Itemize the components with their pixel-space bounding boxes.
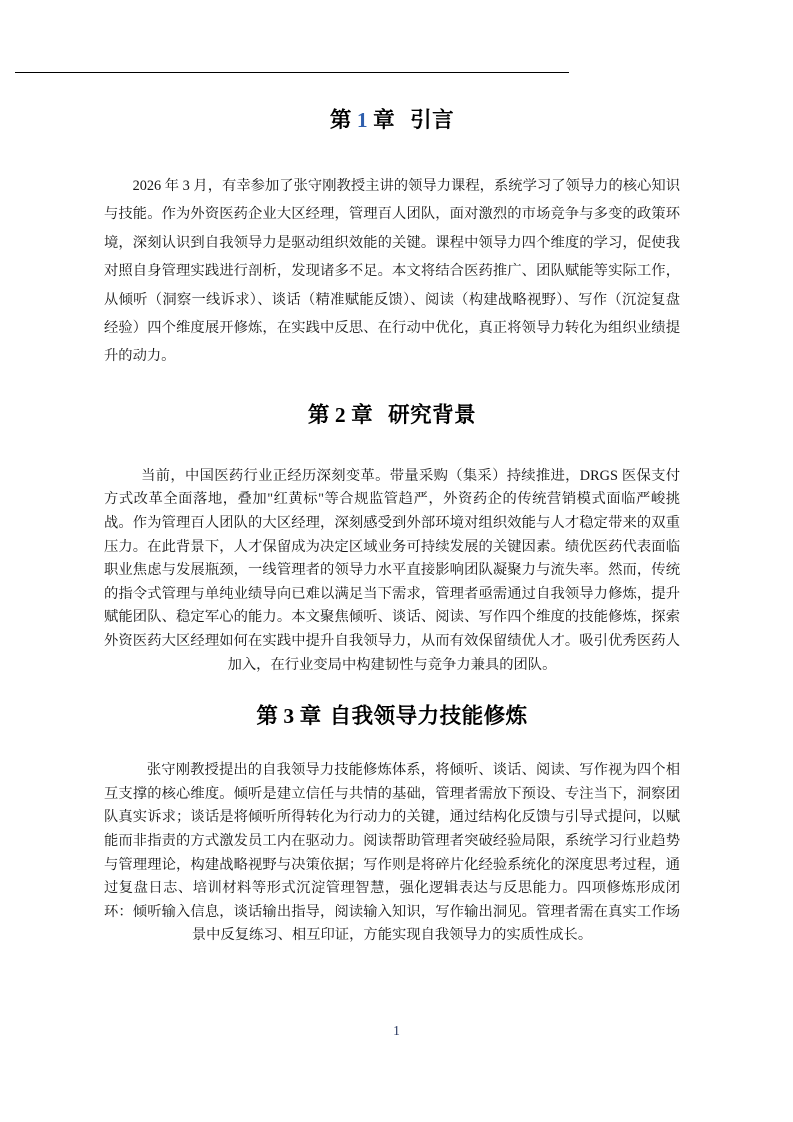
chapter-3-section: 第3章自我领导力技能修炼 张守刚教授提出的自我领导力技能修炼体系，将倾听、谈话、…: [104, 701, 680, 948]
chapter-2-heading: 第2章研究背景: [104, 400, 680, 430]
document-page: 第1章引言 2026 年 3 月，有幸参加了张守刚教授主讲的领导力课程，系统学习…: [0, 0, 793, 1122]
chapter-1-section: 第1章引言 2026 年 3 月，有幸参加了张守刚教授主讲的领导力课程，系统学习…: [104, 105, 680, 371]
chapter-1-heading: 第1章引言: [104, 105, 680, 135]
chapter-3-label-pre: 第: [256, 704, 278, 728]
chapter-3-paragraph: 张守刚教授提出的自我领导力技能修炼体系，将倾听、谈话、阅读、写作视为四个相互支撑…: [104, 759, 680, 948]
header-rule: [15, 72, 569, 73]
chapter-3-label-post: 章: [300, 704, 322, 728]
chapter-3-title: 自我领导力技能修炼: [330, 704, 528, 728]
chapter-2-title: 研究背景: [388, 403, 476, 427]
chapter-1-title: 引言: [410, 108, 454, 132]
chapter-3-heading: 第3章自我领导力技能修炼: [104, 701, 680, 731]
document-content: 第1章引言 2026 年 3 月，有幸参加了张守刚教授主讲的领导力课程，系统学习…: [104, 105, 680, 948]
chapter-1-label-pre: 第: [330, 108, 352, 132]
chapter-2-paragraph: 当前，中国医药行业正经历深刻变革。带量采购（集采）持续推进，DRGS 医保支付方…: [104, 465, 680, 677]
chapter-1-paragraph: 2026 年 3 月，有幸参加了张守刚教授主讲的领导力课程，系统学习了领导力的核…: [104, 172, 680, 371]
chapter-2-label-pre: 第: [308, 403, 330, 427]
chapter-1-number: 1: [357, 108, 368, 132]
chapter-2-label-post: 章: [351, 403, 373, 427]
chapter-2-section: 第2章研究背景 当前，中国医药行业正经历深刻变革。带量采购（集采）持续推进，DR…: [104, 400, 680, 677]
chapter-1-label-post: 章: [373, 108, 395, 132]
chapter-2-number: 2: [335, 403, 346, 427]
page-number: 1: [393, 1023, 400, 1038]
page-footer: 1: [0, 1022, 793, 1040]
chapter-3-number: 3: [283, 704, 294, 728]
